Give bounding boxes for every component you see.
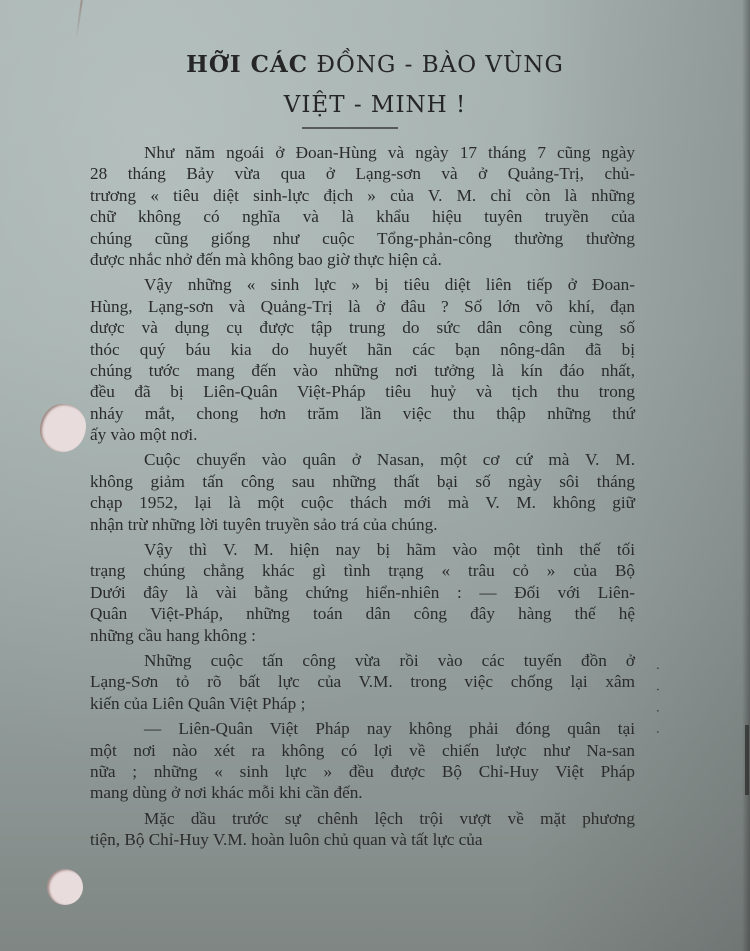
text-line: những cầu hang không : <box>90 625 635 646</box>
paragraph: Vậy thì V. M. hiện nay bị hãm vào một tì… <box>90 539 635 646</box>
text-line: đều đã bị Liên-Quân Việt-Pháp tiêu huỷ v… <box>90 381 635 402</box>
text-line: Cuộc chuyển vào quân ở Nasan, một cơ cứ … <box>90 449 635 470</box>
text-line: chúng cũng giống như cuộc Tổng-phản-công… <box>90 228 635 249</box>
punch-hole-lower <box>47 869 83 905</box>
text-line: Như năm ngoái ở Đoan-Hùng và ngày 17 thá… <box>90 142 635 163</box>
text-line: chữ không có nghĩa và là khẩu hiệu tuyên… <box>90 206 635 227</box>
text-line: thóc quý báu kia do huyết hãn các bạn nô… <box>90 339 635 360</box>
title-heavy-words: HỠI CÁC <box>186 51 308 78</box>
text-line: Mặc dầu trước sự chênh lệch trội vượt về… <box>90 808 635 829</box>
text-line: 28 tháng Bảy vừa qua ở Lạng-sơn và ở Quả… <box>90 163 635 184</box>
text-line: Dưới đây là vài bằng chứng hiển-nhiên : … <box>90 582 635 603</box>
paragraph: Cuộc chuyển vào quân ở Nasan, một cơ cứ … <box>90 449 635 535</box>
text-line: dược và dụng cụ được tập trung do sức dâ… <box>90 317 635 338</box>
text-line: kiến của Liên Quân Việt Pháp ; <box>90 693 635 714</box>
title-line-1: HỠI CÁC ĐỒNG - BÀO VÙNG <box>100 45 650 85</box>
document-body: Như năm ngoái ở Đoan-Hùng và ngày 17 thá… <box>90 142 635 855</box>
text-line: nháy mắt, chong hơn trăm lần việc thu th… <box>90 403 635 424</box>
edge-ink-mark <box>745 725 749 795</box>
text-line: nhận trừ những lời tuyên truyền sảo trá … <box>90 514 635 535</box>
text-line: được nhắc nhở đến mà không bao giờ thực … <box>90 249 635 270</box>
text-line: ấy vào một nơi. <box>90 424 635 445</box>
text-line: nữa ; những « sinh lực » đều được Bộ Chỉ… <box>90 761 635 782</box>
title-line-2: VIỆT - MINH ! <box>100 85 650 125</box>
title-underline-rule <box>302 127 398 129</box>
text-line: Vậy thì V. M. hiện nay bị hãm vào một tì… <box>90 539 635 560</box>
title-rest-words: ĐỒNG - BÀO VÙNG <box>316 52 563 78</box>
text-line: Lạng-Sơn tỏ rõ bất lực của V.M. trong vi… <box>90 671 635 692</box>
text-line: trương « tiêu diệt sinh-lực địch » của V… <box>90 185 635 206</box>
text-line: chúng tước mang đến vào những nơi tưởng … <box>90 360 635 381</box>
text-line: trạng chúng chẳng khác gì tình trạng « t… <box>90 560 635 581</box>
paper-right-edge-shadow <box>742 0 750 951</box>
text-line: — Liên-Quân Việt Pháp nay không phải đón… <box>90 718 635 739</box>
paragraph: — Liên-Quân Việt Pháp nay không phải đón… <box>90 718 635 804</box>
paragraph-gap <box>90 851 635 855</box>
margin-marks: · · · · <box>652 665 664 739</box>
text-line: Những cuộc tấn công vừa rồi vào các tuyế… <box>90 650 635 671</box>
text-line: tiện, Bộ Chỉ-Huy V.M. hoàn luôn chủ quan… <box>90 829 635 850</box>
text-line: Quân Việt-Pháp, những toán dân công đây … <box>90 603 635 624</box>
document-title: HỠI CÁC ĐỒNG - BÀO VÙNG VIỆT - MINH ! <box>100 45 650 125</box>
text-line: mang dùng ở nơi khác mỗi khi cần đến. <box>90 782 635 803</box>
paragraph: Mặc dầu trước sự chênh lệch trội vượt về… <box>90 808 635 851</box>
paragraph: Vậy những « sinh lực » bị tiêu diệt liên… <box>90 274 635 445</box>
paragraph: Như năm ngoái ở Đoan-Hùng và ngày 17 thá… <box>90 142 635 270</box>
paragraph: Những cuộc tấn công vừa rồi vào các tuyế… <box>90 650 635 714</box>
text-line: Vậy những « sinh lực » bị tiêu diệt liên… <box>90 274 635 295</box>
text-line: một nơi nào xét ra không có lợi về chiến… <box>90 740 635 761</box>
text-line: chạp 1952, lại là một cuộc thách mới mà … <box>90 492 635 513</box>
text-line: Hùng, Lạng-sơn và Quảng-Trị là ở đâu ? S… <box>90 296 635 317</box>
text-line: không giảm tấn công sau những thất bại s… <box>90 471 635 492</box>
